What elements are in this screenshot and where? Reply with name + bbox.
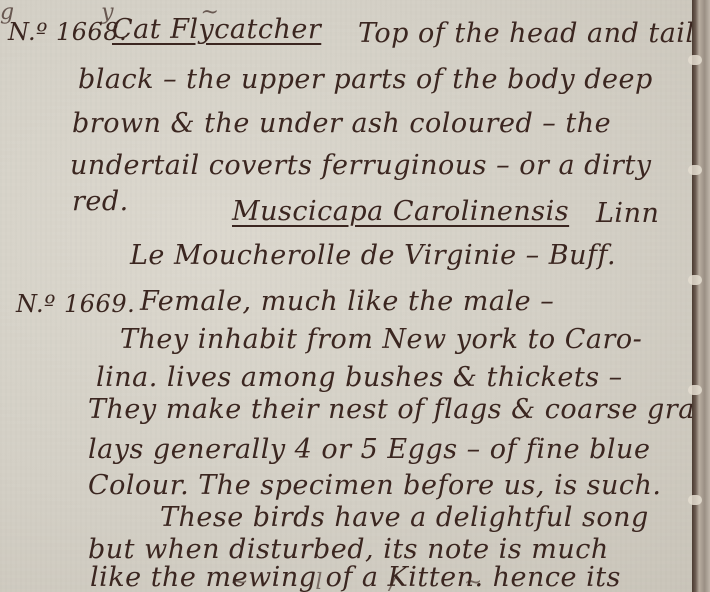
scientific-name: Muscicapa Carolinensis [232,196,569,227]
description-line: These birds have a delightful song [160,502,649,533]
french-name: Le Moucherolle de Virginie – Buff. [130,240,616,271]
binding-stitch [688,275,702,285]
description-line: red. [72,186,129,217]
description-line: Female, much like the male – [140,286,554,317]
description-line: lina. lives among bushes & thickets – [96,362,623,393]
description-line: They inhabit from New york to Caro- [120,324,642,355]
binding-stitch [688,385,702,395]
entry-title-cat-flycatcher: Cat Flycatcher [112,14,321,45]
description-line: Top of the head and tail [358,18,692,49]
description-line: black – the upper parts of the body deep [78,64,653,95]
taxonomic-authority: Linn [596,198,659,229]
description-line: but when disturbed, its note is much [88,534,609,565]
description-line: undertail coverts ferruginous – or a dir… [70,150,652,181]
binding-stitch [688,495,702,505]
manuscript-page: g y ~ N.º 1668. Cat Flycatcher Top of th… [0,0,692,592]
description-line: Colour. The specimen before us, is such. [88,470,662,501]
description-line: lays generally 4 or 5 Eggs – of fine blu… [88,434,650,465]
binding-stitch [688,165,702,175]
entry-number-1669: N.º 1669. [16,290,135,318]
description-line: They make their nest of flags & coarse g… [88,394,692,425]
description-line: brown & the under ash coloured – the [72,108,611,139]
binding-stitch [688,55,702,65]
next-line-fragment: ~ l / ~ [230,570,512,592]
entry-number-1668: N.º 1668. [8,18,127,46]
